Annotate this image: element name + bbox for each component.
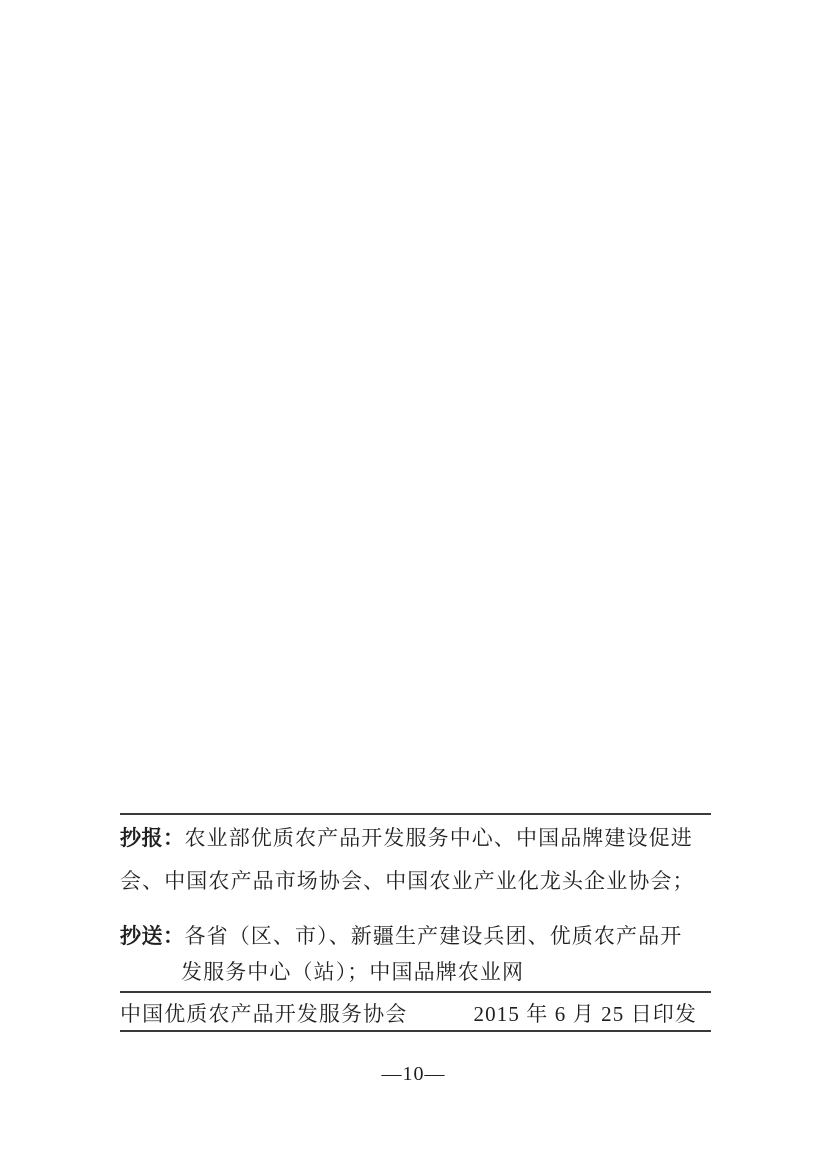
cc-send-label: 抄送： <box>120 924 185 948</box>
issuer-bottom-rule <box>120 1030 711 1032</box>
document-page: 抄报：农业部优质农产品开发服务中心、中国品牌建设促进 会、中国农产品市场协会、中… <box>0 0 827 1169</box>
cc-report-label: 抄报： <box>120 826 185 850</box>
cc-report-text2: 会、中国农产品市场协会、中国农业产业化龙头企业协会； <box>120 869 695 893</box>
issuer-organization: 中国优质农产品开发服务协会 <box>120 1002 407 1026</box>
footer-top-rule <box>120 813 711 815</box>
cc-send-line2: 发服务中心（站）；中国品牌农业网 <box>181 960 524 984</box>
issuer-top-rule <box>120 991 711 993</box>
cc-report-line1: 抄报：农业部优质农产品开发服务中心、中国品牌建设促进 <box>120 826 693 850</box>
page-number: —10— <box>0 1062 827 1086</box>
cc-report-text1: 农业部优质农产品开发服务中心、中国品牌建设促进 <box>185 826 693 850</box>
cc-send-line1: 抄送：各省（区、市）、新疆生产建设兵团、优质农产品开 <box>120 924 682 948</box>
cc-send-text1: 各省（区、市）、新疆生产建设兵团、优质农产品开 <box>185 924 683 948</box>
issuer-print-date: 2015 年 6 月 25 日印发 <box>474 1002 697 1026</box>
cc-report-line2: 会、中国农产品市场协会、中国农业产业化龙头企业协会； <box>120 869 695 893</box>
cc-send-text2: 发服务中心（站）；中国品牌农业网 <box>181 960 524 984</box>
issuer-row: 中国优质农产品开发服务协会 2015 年 6 月 25 日印发 <box>120 1002 697 1026</box>
